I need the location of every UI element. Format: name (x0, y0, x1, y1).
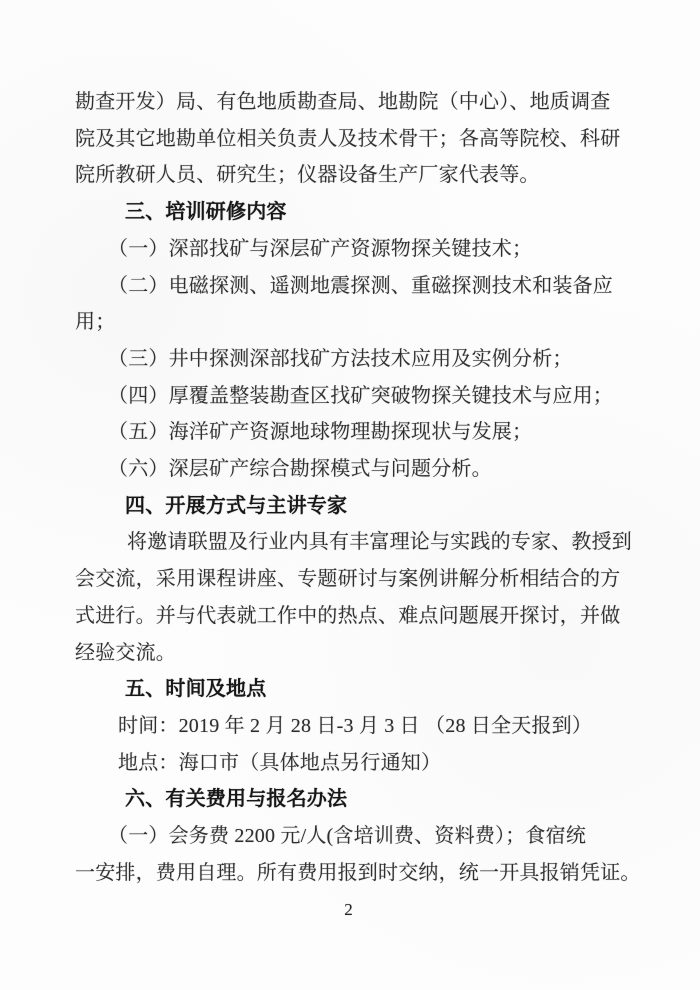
section-heading-training-content: 三、培训研修内容 (75, 194, 622, 231)
paragraph-line: 式进行。并与代表就工作中的热点、难点问题展开探讨，并做 (75, 598, 622, 635)
paragraph-line: 会交流，采用课程讲座、专题研讨与案例讲解分析相结合的方 (75, 561, 622, 598)
paragraph-line: 经验交流。 (75, 635, 622, 672)
list-item-line: （五）海洋矿产资源地球物理勘探现状与发展； (75, 414, 622, 451)
list-item-line: （四）厚覆盖整装勘查区找矿突破物探关键技术与应用； (75, 378, 622, 415)
intro-line: 勘查开发）局、有色地质勘查局、地勘院（中心）、地质调查 (75, 84, 622, 121)
intro-line: 院及其它地勘单位相关负责人及技术骨干；各高等院校、科研 (75, 121, 622, 158)
document-page: 勘查开发）局、有色地质勘查局、地勘院（中心）、地质调查 院及其它地勘单位相关负责… (0, 0, 700, 990)
list-item-line: （三）井中探测深部找矿方法技术应用及实例分析； (75, 341, 622, 378)
section-heading-fees-registration: 六、有关费用与报名办法 (75, 781, 622, 818)
list-item-line: 用； (75, 304, 622, 341)
section-heading-time-place: 五、时间及地点 (75, 671, 622, 708)
page-number: 2 (75, 900, 622, 920)
paragraph-line: 将邀请联盟及行业内具有丰富理论与实践的专家、教授到 (75, 524, 622, 561)
intro-line: 院所教研人员、研究生；仪器设备生产厂家代表等。 (75, 157, 622, 194)
place-line: 地点：海口市（具体地点另行通知） (75, 745, 622, 782)
fee-item-line: （一）会务费 2200 元/人(含培训费、资料费）；食宿统 (75, 818, 622, 855)
fee-item-line: 一安排，费用自理。所有费用报到时交纳，统一开具报销凭证。 (75, 855, 622, 892)
section-heading-format-speakers: 四、开展方式与主讲专家 (75, 488, 622, 525)
list-item-line: （一）深部找矿与深层矿产资源物探关键技术； (75, 231, 622, 268)
time-line: 时间：2019 年 2 月 28 日-3 月 3 日 （28 日全天报到） (75, 708, 622, 745)
list-item-line: （二）电磁探测、遥测地震探测、重磁探测技术和装备应 (75, 268, 622, 305)
list-item-line: （六）深层矿产综合勘探模式与问题分析。 (75, 451, 622, 488)
